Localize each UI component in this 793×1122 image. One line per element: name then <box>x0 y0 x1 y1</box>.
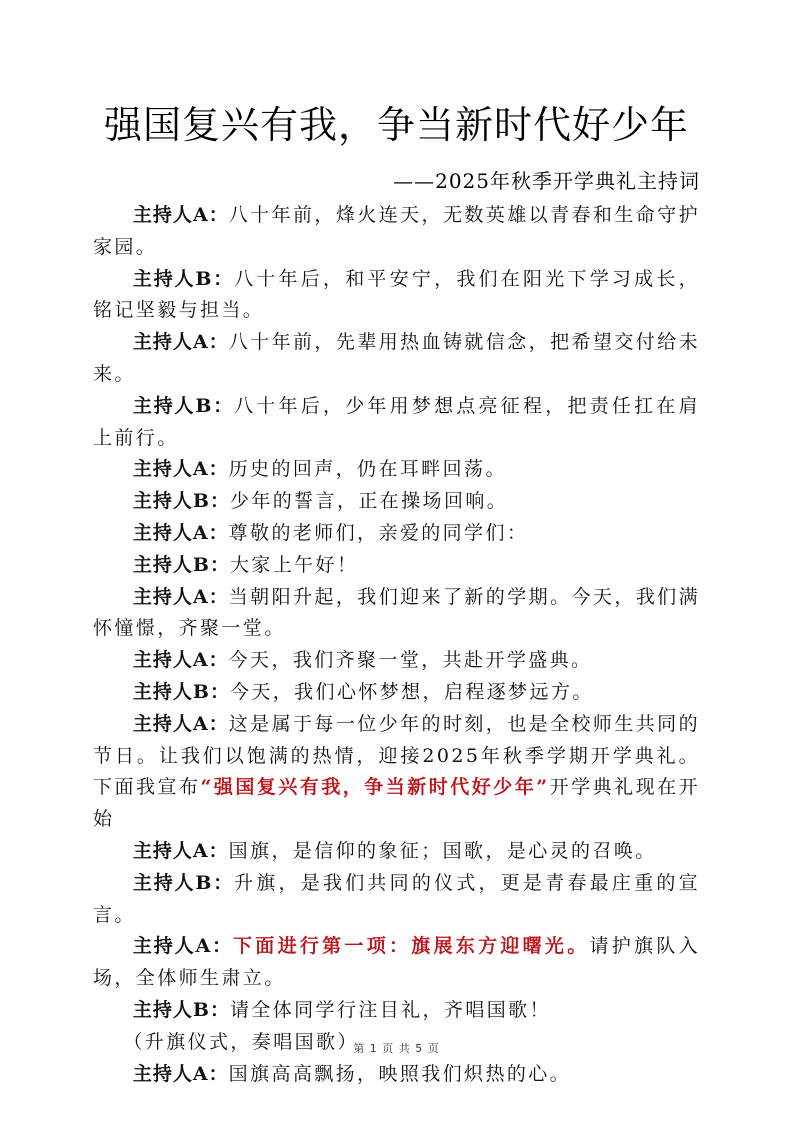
paragraph-text: 国旗，是信仰的象征；国歌，是心灵的召唤。 <box>229 840 657 862</box>
paragraph-text: 尊敬的老师们，亲爱的同学们： <box>229 522 529 544</box>
speaker-label: 主持人B： <box>133 681 230 703</box>
paragraph: 主持人A：历史的回声，仍在耳畔回荡。 <box>93 454 700 486</box>
paragraph-text: 历史的回声，仍在耳畔回荡。 <box>229 458 507 480</box>
speaker-label: 主持人A： <box>133 522 229 544</box>
paragraph: 主持人B：今天，我们心怀梦想，启程逐梦远方。 <box>93 677 700 709</box>
speaker-label: 主持人A： <box>133 458 229 480</box>
highlighted-agenda-item: 下面进行第一项：旗展东方迎曙光。 <box>233 935 589 957</box>
paragraph-text: 大家上午好！ <box>230 554 358 576</box>
paragraph: 主持人A：八十年前，烽火连天，无数英雄以青春和生命守护家园。 <box>93 200 700 264</box>
speaker-label: 主持人B： <box>133 872 234 894</box>
paragraph: 主持人A：国旗，是信仰的象征；国歌，是心灵的召唤。 <box>93 836 700 868</box>
speaker-label: 主持人B： <box>133 490 230 512</box>
paragraph: 主持人A：尊敬的老师们，亲爱的同学们： <box>93 518 700 550</box>
speaker-label: 主持人A： <box>133 840 229 862</box>
paragraph: 主持人B：升旗，是我们共同的仪式，更是青春最庄重的宣言。 <box>93 868 700 932</box>
paragraph-text: 少年的誓言，正在操场回响。 <box>230 490 508 512</box>
speaker-label: 主持人B： <box>133 554 230 576</box>
speaker-label: 主持人A： <box>133 331 229 353</box>
document-subtitle: ——2025年秋季开学典礼主持词 <box>393 166 700 196</box>
paragraph: 主持人A：当朝阳升起，我们迎来了新的学期。今天，我们满怀憧憬，齐聚一堂。 <box>93 582 700 646</box>
paragraph: 主持人A：下面进行第一项：旗展东方迎曙光。请护旗队入场，全体师生肃立。 <box>93 931 700 995</box>
speaker-label: 主持人A： <box>133 713 229 735</box>
document-page: 强国复兴有我，争当新时代好少年 ——2025年秋季开学典礼主持词 主持人A：八十… <box>0 0 793 1122</box>
paragraph: 主持人A：八十年前，先辈用热血铸就信念，把希望交付给未来。 <box>93 327 700 391</box>
speaker-label: 主持人A： <box>133 586 229 608</box>
paragraph: 主持人A：今天，我们齐聚一堂，共赴开学盛典。 <box>93 645 700 677</box>
paragraph: 主持人B：请全体同学行注目礼，齐唱国歌！ <box>93 995 700 1027</box>
speaker-label: 主持人B： <box>133 999 230 1021</box>
paragraph: 主持人B：少年的誓言，正在操场回响。 <box>93 486 700 518</box>
speaker-label: 主持人A： <box>133 1063 229 1085</box>
speaker-label: 主持人B： <box>133 395 234 417</box>
page-footer: 第 1 页 共 5 页 <box>0 1040 793 1056</box>
paragraph-text: 今天，我们齐聚一堂，共赴开学盛典。 <box>229 649 593 671</box>
paragraph-text: 请全体同学行注目礼，齐唱国歌！ <box>230 999 551 1021</box>
paragraph: 主持人B：八十年后，少年用梦想点亮征程，把责任扛在肩上前行。 <box>93 391 700 455</box>
paragraph-text: 国旗高高飘扬，映照我们炽热的心。 <box>229 1063 571 1085</box>
speaker-label: 主持人A： <box>133 935 233 957</box>
paragraph: 主持人A：这是属于每一位少年的时刻，也是全校师生共同的节日。让我们以饱满的热情，… <box>93 709 700 836</box>
document-title: 强国复兴有我，争当新时代好少年 <box>0 100 793 150</box>
speaker-label: 主持人A： <box>133 649 229 671</box>
paragraph: 主持人B：八十年后，和平安宁，我们在阳光下学习成长，铭记坚毅与担当。 <box>93 264 700 328</box>
speaker-label: 主持人B： <box>133 268 234 290</box>
highlighted-ceremony-title: “强国复兴有我，争当新时代好少年” <box>200 776 549 798</box>
paragraph: 主持人A：国旗高高飘扬，映照我们炽热的心。 <box>93 1059 700 1091</box>
paragraph: 主持人B：大家上午好！ <box>93 550 700 582</box>
paragraph-text: 今天，我们心怀梦想，启程逐梦远方。 <box>230 681 594 703</box>
speaker-label: 主持人A： <box>133 204 229 226</box>
document-body: 主持人A：八十年前，烽火连天，无数英雄以青春和生命守护家园。 主持人B：八十年后… <box>93 200 700 1090</box>
